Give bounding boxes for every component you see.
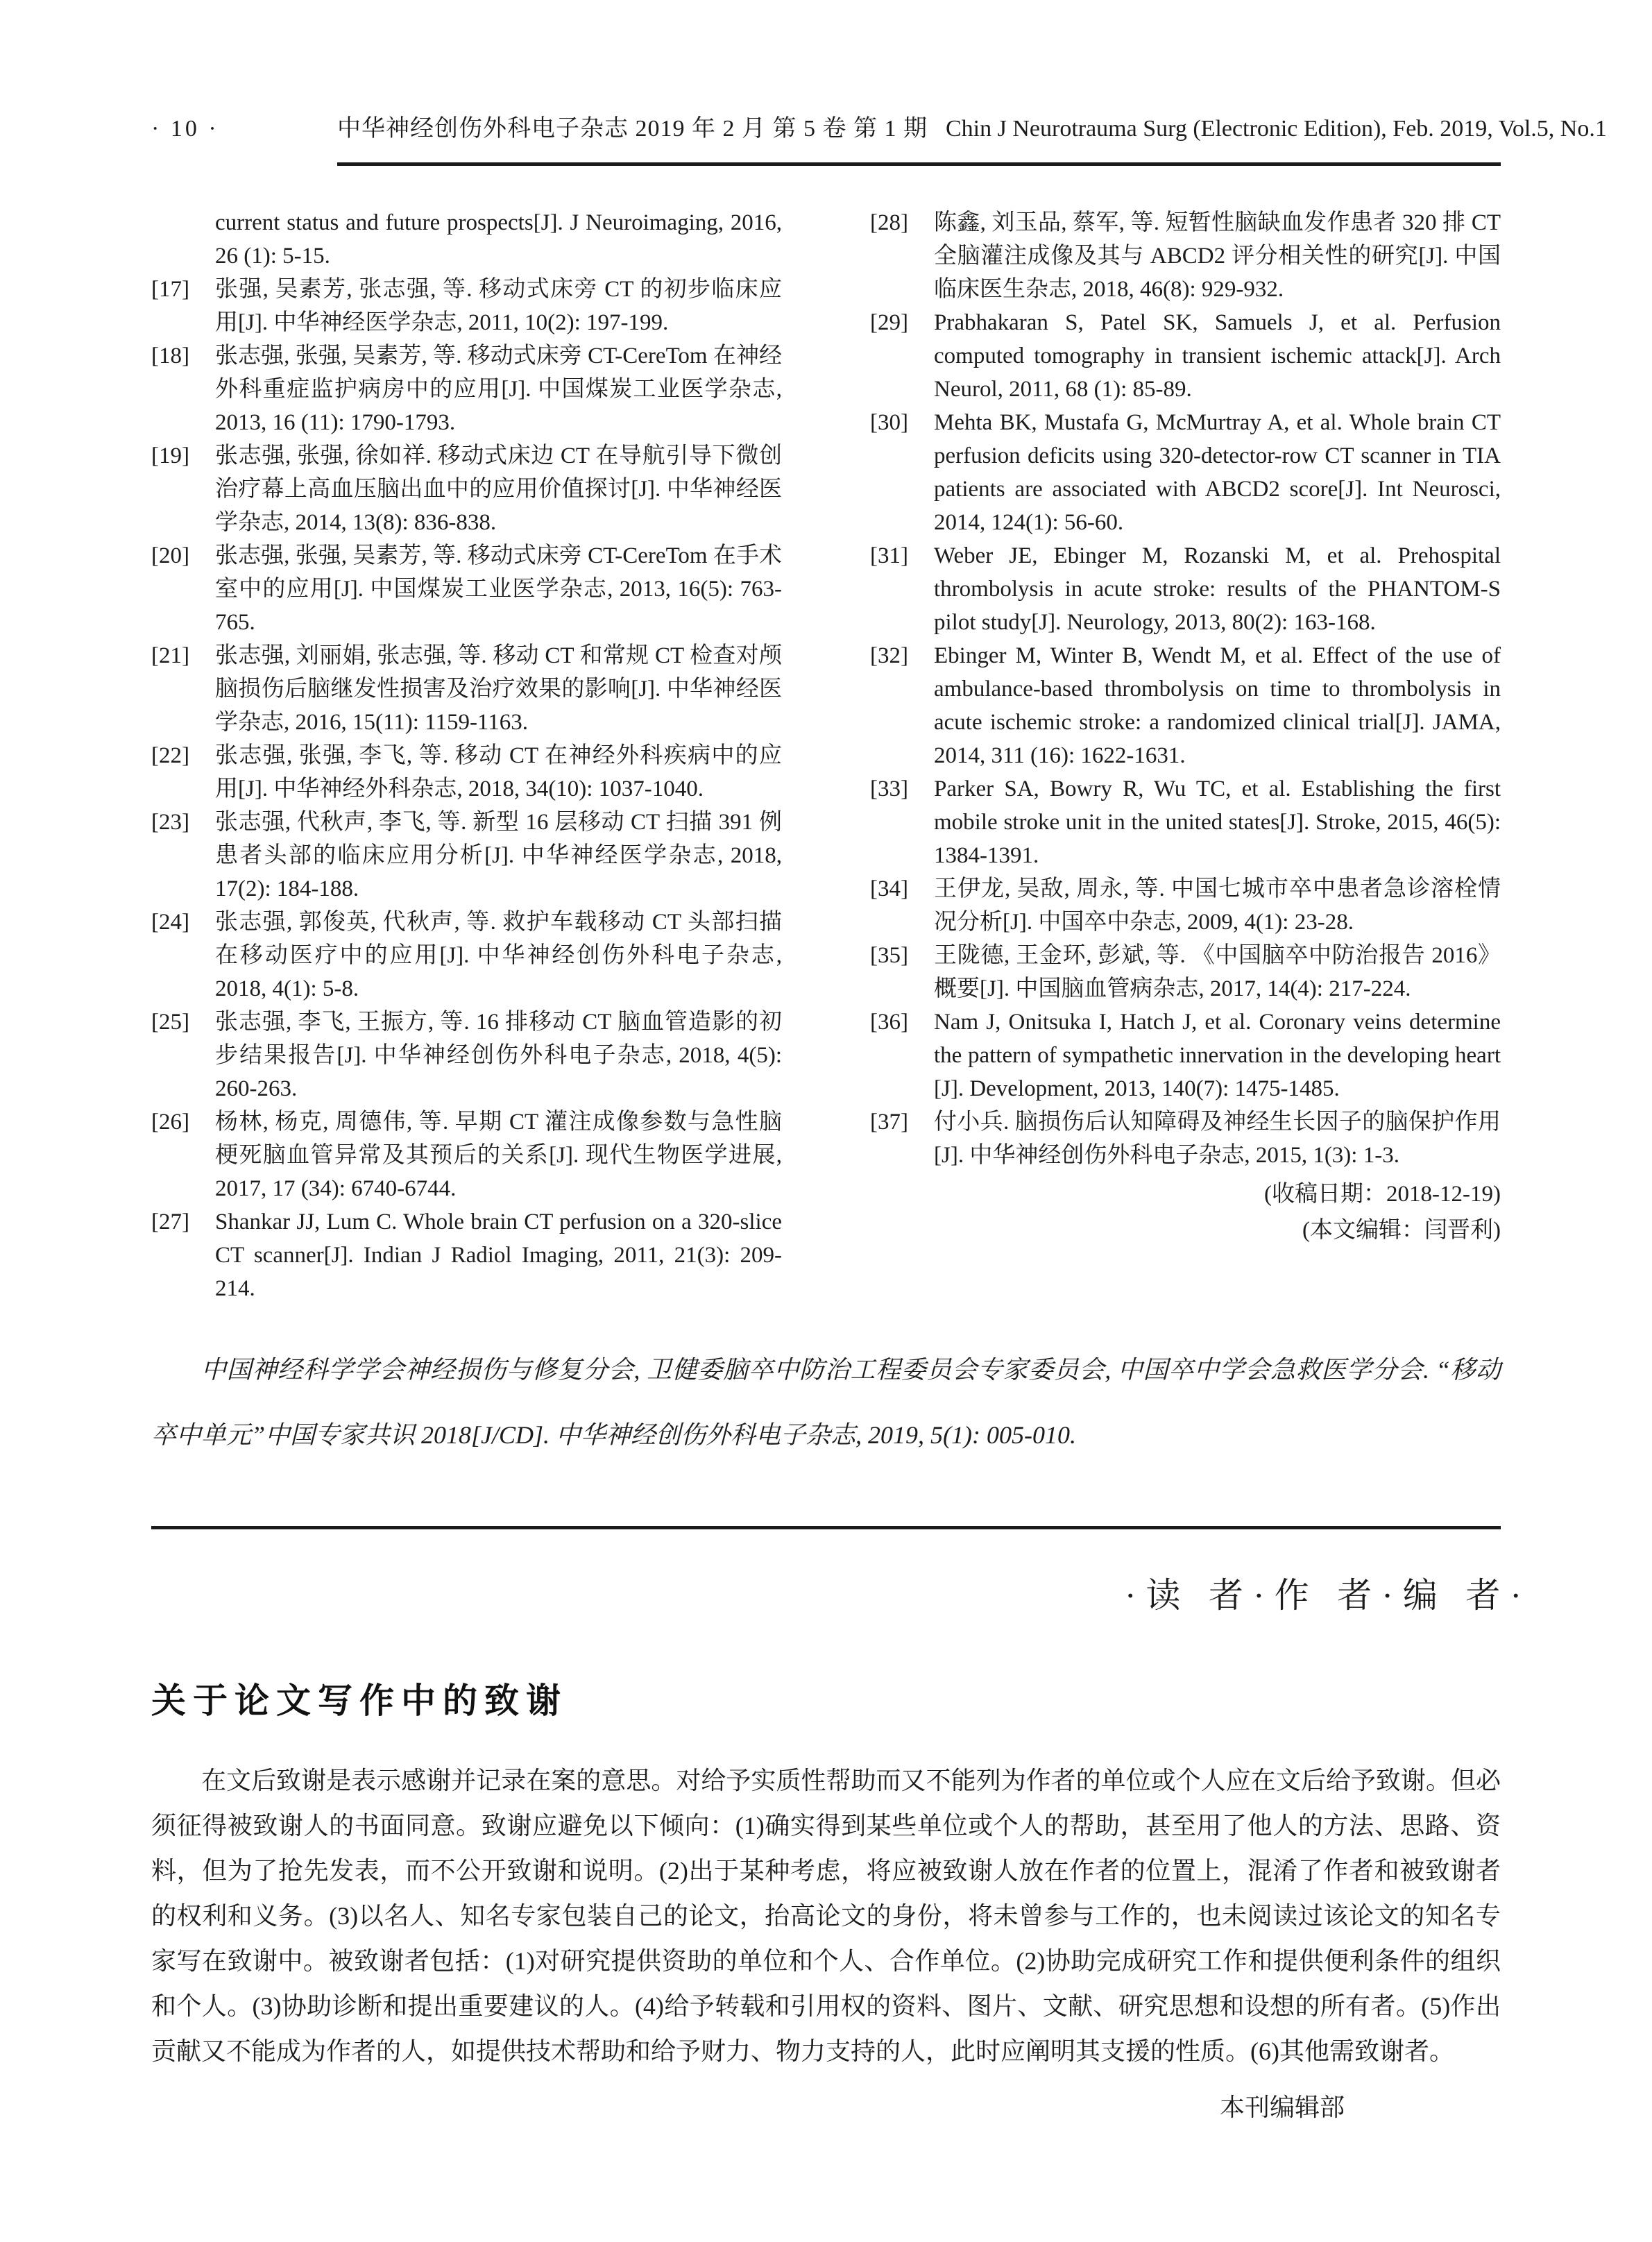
reference-number: [25] — [151, 1005, 215, 1039]
reference-text: 张志强, 张强, 李飞, 等. 移动 CT 在神经外科疾病中的应用[J]. 中华… — [215, 739, 782, 806]
reference-text: Parker SA, Bowry R, Wu TC, et al. Establ… — [934, 772, 1501, 872]
reference-text: Nam J, Onitsuka I, Hatch J, et al. Coron… — [934, 1005, 1501, 1105]
reference-text: 王陇德, 王金环, 彭斌, 等. 《中国脑卒中防治报告 2016》概要[J]. … — [934, 939, 1501, 1005]
reference-item: [33] Parker SA, Bowry R, Wu TC, et al. E… — [870, 772, 1501, 872]
reference-item: [32] Ebinger M, Winter B, Wendt M, et al… — [870, 639, 1501, 772]
reference-text: 张志强, 郭俊英, 代秋声, 等. 救护车载移动 CT 头部扫描在移动医疗中的应… — [215, 906, 782, 1005]
reference-number: [35] — [870, 939, 934, 972]
reference-number: [33] — [870, 772, 934, 806]
reference-item: [19] 张志强, 张强, 徐如祥. 移动式床边 CT 在导航引导下微创治疗幕上… — [151, 439, 782, 539]
reference-text: 张志强, 张强, 吴素芳, 等. 移动式床旁 CT-CereTom 在手术室中的… — [215, 539, 782, 639]
reference-text: 付小兵. 脑损伤后认知障碍及神经生长因子的脑保护作用[J]. 中华神经创伤外科电… — [934, 1105, 1501, 1172]
reference-text: Prabhakaran S, Patel SK, Samuels J, et a… — [934, 306, 1501, 406]
page-content: · 10 · 中华神经创伤外科电子杂志 2019 年 2 月 第 5 卷 第 1… — [151, 0, 1501, 2128]
journal-title-chinese: 中华神经创伤外科电子杂志 2019 年 2 月 第 5 卷 第 1 期 — [337, 114, 928, 144]
reference-number: [22] — [151, 739, 215, 772]
page-number: · 10 · — [151, 114, 337, 144]
reference-number: [36] — [870, 1005, 934, 1039]
reference-number: [27] — [151, 1205, 215, 1239]
reference-text: 张志强, 刘丽娟, 张志强, 等. 移动 CT 和常规 CT 检查对颅脑损伤后脑… — [215, 639, 782, 739]
editor-note: (本文编辑：闫晋利) — [870, 1212, 1501, 1248]
reference-item: [31] Weber JE, Ebinger M, Rozanski M, et… — [870, 539, 1501, 639]
references-right-column: [28] 陈鑫, 刘玉品, 蔡军, 等. 短暂性脑缺血发作患者 320 排 CT… — [870, 206, 1501, 1305]
journal-title-english: Chin J Neurotrauma Surg (Electronic Edit… — [946, 114, 1607, 144]
reference-number: [24] — [151, 906, 215, 939]
reference-number: [29] — [870, 306, 934, 339]
reference-item: [27] Shankar JJ, Lum C. Whole brain CT p… — [151, 1205, 782, 1305]
section-banner-text: ·读 者·作 者·编 者· — [1125, 1574, 1531, 1617]
section-divider-rule — [151, 1526, 1501, 1529]
reference-item: [28] 陈鑫, 刘玉品, 蔡军, 等. 短暂性脑缺血发作患者 320 排 CT… — [870, 206, 1501, 306]
reference-number: [17] — [151, 273, 215, 306]
reference-item: [17] 张强, 吴素芳, 张志强, 等. 移动式床旁 CT 的初步临床应用[J… — [151, 273, 782, 339]
references-left-column: current status and future prospects[J]. … — [151, 206, 782, 1305]
reference-text: current status and future prospects[J]. … — [215, 206, 782, 273]
reference-number: [28] — [870, 206, 934, 239]
reference-item: [25] 张志强, 李飞, 王振方, 等. 16 排移动 CT 脑血管造影的初步… — [151, 1005, 782, 1105]
reference-number: [34] — [870, 872, 934, 906]
section-banner: ·读 者·作 者·编 者· — [151, 1574, 1501, 1617]
reference-number: [30] — [870, 406, 934, 439]
reference-text: 张志强, 李飞, 王振方, 等. 16 排移动 CT 脑血管造影的初步结果报告[… — [215, 1005, 782, 1105]
reference-number: [20] — [151, 539, 215, 572]
reference-item: [37] 付小兵. 脑损伤后认知障碍及神经生长因子的脑保护作用[J]. 中华神经… — [870, 1105, 1501, 1172]
article-title: 关于论文写作中的致谢 — [151, 1679, 1501, 1722]
reference-number: [21] — [151, 639, 215, 672]
reference-number: [31] — [870, 539, 934, 572]
references-right-items: [28] 陈鑫, 刘玉品, 蔡军, 等. 短暂性脑缺血发作患者 320 排 CT… — [870, 206, 1501, 1172]
reference-number: [26] — [151, 1105, 215, 1139]
references-section: current status and future prospects[J]. … — [151, 206, 1501, 1305]
article-body: 在文后致谢是表示感谢并记录在案的意思。对给予实质性帮助而又不能列为作者的单位或个… — [151, 1758, 1501, 2074]
reference-text: Ebinger M, Winter B, Wendt M, et al. Eff… — [934, 639, 1501, 772]
reference-text: 张志强, 张强, 徐如祥. 移动式床边 CT 在导航引导下微创治疗幕上高血压脑出… — [215, 439, 782, 539]
reference-text: 王伊龙, 吴敌, 周永, 等. 中国七城市卒中患者急诊溶栓情况分析[J]. 中国… — [934, 872, 1501, 939]
reference-number: [18] — [151, 339, 215, 373]
journal-page: · 10 · 中华神经创伤外科电子杂志 2019 年 2 月 第 5 卷 第 1… — [0, 0, 1652, 2242]
reference-item: [24] 张志强, 郭俊英, 代秋声, 等. 救护车载移动 CT 头部扫描在移动… — [151, 906, 782, 1005]
reference-text: 陈鑫, 刘玉品, 蔡军, 等. 短暂性脑缺血发作患者 320 排 CT 全脑灌注… — [934, 206, 1501, 306]
consensus-citation: 中国神经科学学会神经损伤与修复分会, 卫健委脑卒中防治工程委员会专家委员会, 中… — [151, 1337, 1501, 1468]
running-head: · 10 · 中华神经创伤外科电子杂志 2019 年 2 月 第 5 卷 第 1… — [151, 0, 1501, 144]
reference-number: [23] — [151, 806, 215, 839]
reference-number: [32] — [870, 639, 934, 672]
reference-item: [34] 王伊龙, 吴敌, 周永, 等. 中国七城市卒中患者急诊溶栓情况分析[J… — [870, 872, 1501, 939]
reference-text: Weber JE, Ebinger M, Rozanski M, et al. … — [934, 539, 1501, 639]
reference-number: [37] — [870, 1105, 934, 1139]
reference-text: 张志强, 张强, 吴素芳, 等. 移动式床旁 CT-CereTom 在神经外科重… — [215, 339, 782, 439]
reference-item: [35] 王陇德, 王金环, 彭斌, 等. 《中国脑卒中防治报告 2016》概要… — [870, 939, 1501, 1005]
reference-text: Shankar JJ, Lum C. Whole brain CT perfus… — [215, 1205, 782, 1305]
reference-item: [22] 张志强, 张强, 李飞, 等. 移动 CT 在神经外科疾病中的应用[J… — [151, 739, 782, 806]
reference-text: 杨林, 杨克, 周德伟, 等. 早期 CT 灌注成像参数与急性脑梗死脑血管异常及… — [215, 1105, 782, 1205]
received-date: (收稿日期：2018-12-19) — [870, 1176, 1501, 1212]
reference-item: [18] 张志强, 张强, 吴素芳, 等. 移动式床旁 CT-CereTom 在… — [151, 339, 782, 439]
manuscript-dates: (收稿日期：2018-12-19) (本文编辑：闫晋利) — [870, 1176, 1501, 1248]
header-rule — [337, 162, 1501, 166]
reference-item: current status and future prospects[J]. … — [151, 206, 782, 273]
reference-item: [36] Nam J, Onitsuka I, Hatch J, et al. … — [870, 1005, 1501, 1105]
reference-text: 张志强, 代秋声, 李飞, 等. 新型 16 层移动 CT 扫描 391 例患者… — [215, 806, 782, 906]
reference-item: [21] 张志强, 刘丽娟, 张志强, 等. 移动 CT 和常规 CT 检查对颅… — [151, 639, 782, 739]
reference-item: [20] 张志强, 张强, 吴素芳, 等. 移动式床旁 CT-CereTom 在… — [151, 539, 782, 639]
reference-text: 张强, 吴素芳, 张志强, 等. 移动式床旁 CT 的初步临床应用[J]. 中华… — [215, 273, 782, 339]
reference-number: [19] — [151, 439, 215, 473]
editorial-signature: 本刊编辑部 — [151, 2087, 1501, 2128]
reference-text: Mehta BK, Mustafa G, McMurtray A, et al.… — [934, 406, 1501, 539]
reference-item: [30] Mehta BK, Mustafa G, McMurtray A, e… — [870, 406, 1501, 539]
reference-item: [26] 杨林, 杨克, 周德伟, 等. 早期 CT 灌注成像参数与急性脑梗死脑… — [151, 1105, 782, 1205]
reference-item: [29] Prabhakaran S, Patel SK, Samuels J,… — [870, 306, 1501, 406]
reference-item: [23] 张志强, 代秋声, 李飞, 等. 新型 16 层移动 CT 扫描 39… — [151, 806, 782, 906]
